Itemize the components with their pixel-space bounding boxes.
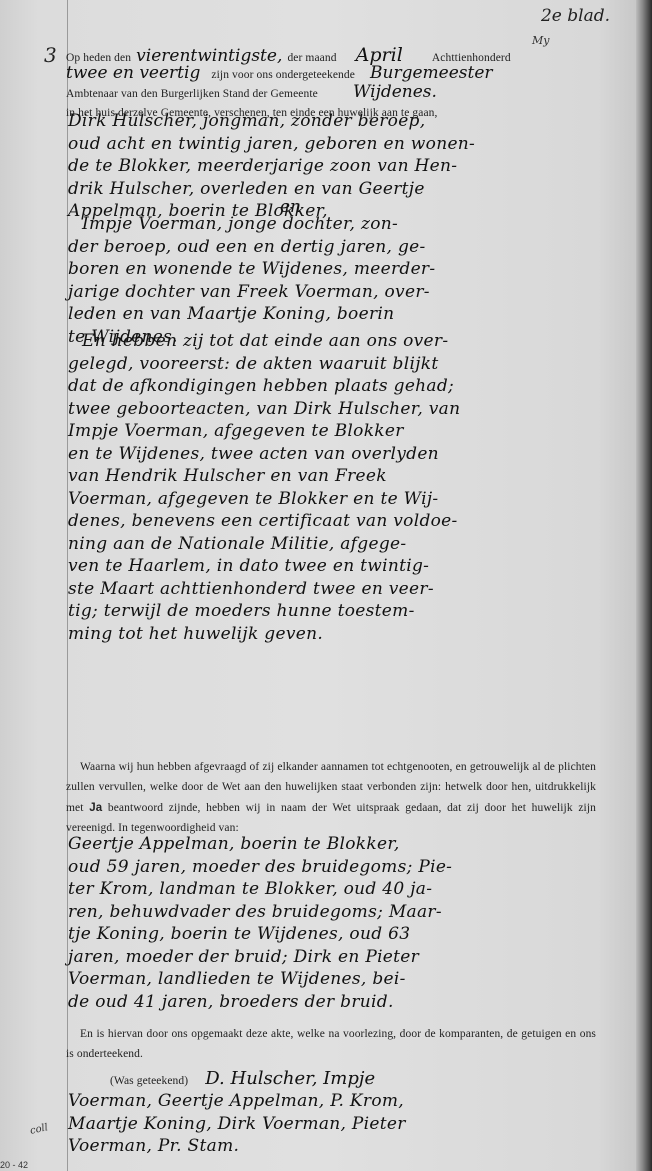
printed-text: En is hiervan door ons opgemaakt deze ak… xyxy=(66,1024,596,1065)
handwritten-line: Impje Voerman, afgegeven te Blokker xyxy=(68,420,628,443)
handwritten-line: Impje Voerman, jonge dochter, zon- xyxy=(68,213,628,236)
declaration-paragraph: Waarna wij hun hebben afgevraagd of zij … xyxy=(66,757,596,838)
handwritten-line: de te Blokker, meerderjarige zoon van He… xyxy=(68,155,628,178)
handwritten-line: leden en van Maartje Koning, boerin xyxy=(68,303,628,326)
handwritten-line: jarige dochter van Freek Voerman, over- xyxy=(68,281,628,304)
handwritten-line: denes, benevens een certificaat van vold… xyxy=(68,510,628,533)
handwritten-line: Voerman, landlieden te Wijdenes, bei- xyxy=(68,968,628,991)
handwritten-line: boren en wonende te Wijdenes, meerder- xyxy=(68,258,628,281)
handwritten-line: ming tot het huwelijk geven. xyxy=(68,623,628,646)
printed-text: beantwoord zijnde, hebben wij in naam de… xyxy=(66,802,596,834)
handwritten-line: Geertje Appelman, boerin te Blokker, xyxy=(68,833,628,856)
handwritten-line: ren, behuwdvader des bruidegoms; Maar- xyxy=(68,901,628,924)
handwritten-line: Voerman, afgegeven te Blokker en te Wij- xyxy=(68,488,628,511)
handwritten-line: ning aan de Nationale Militie, afgege- xyxy=(68,533,628,556)
printed-text: zijn voor ons ondergeteekende xyxy=(211,69,355,81)
sheet-mark: 2e blad. xyxy=(541,6,610,26)
groom-paragraph: Dirk Hulscher, jongman, zonder beroep, o… xyxy=(68,110,628,223)
handwritten-line: van Hendrik Hulscher en van Freek xyxy=(68,465,628,488)
signature: Voerman, Pr. Stam. xyxy=(68,1135,628,1158)
handwritten-line: twee geboorteacten, van Dirk Hulscher, v… xyxy=(68,398,628,421)
handwritten-line: der beroep, oud een en dertig jaren, ge- xyxy=(68,236,628,259)
handwritten-line: tig; terwijl de moeders hunne toestem- xyxy=(68,600,628,623)
handwritten-official: Burgemeester xyxy=(370,63,493,83)
was-geteekend-label: (Was geteekend) xyxy=(110,1075,188,1087)
record-number: 3 xyxy=(44,43,57,67)
footer-number: 20 - 42 xyxy=(0,1160,28,1170)
witnesses-paragraph: Geertje Appelman, boerin te Blokker, oud… xyxy=(68,833,628,1013)
printed-text: Ambtenaar van den Burgerlijken Stand der… xyxy=(66,88,318,100)
handwritten-line: en te Wijdenes, twee acten van overlyden xyxy=(68,443,628,466)
handwritten-line: ste Maart achttienhonderd twee en veer- xyxy=(68,578,628,601)
signature: Maartje Koning, Dirk Voerman, Pieter xyxy=(68,1113,628,1136)
handwritten-line: ven te Haarlem, in dato twee en twintig- xyxy=(68,555,628,578)
bride-paragraph: Impje Voerman, jonge dochter, zon- der b… xyxy=(68,213,628,348)
handwritten-line: drik Hulscher, overleden en van Geertje xyxy=(68,178,628,201)
handwritten-line: de oud 41 jaren, broeders der bruid. xyxy=(68,991,628,1014)
handwritten-line: jaren, moeder der bruid; Dirk en Pieter xyxy=(68,946,628,969)
handwritten-line: dat de afkondigingen hebben plaats gehad… xyxy=(68,375,628,398)
handwritten-line: En hebben zij tot dat einde aan ons over… xyxy=(68,330,628,353)
handwritten-year: twee en veertig xyxy=(66,63,200,83)
page-edge-shadow xyxy=(636,0,652,1171)
handwritten-municipality: Wijdenes. xyxy=(353,82,437,102)
signature: Voerman, Geertje Appelman, P. Krom, xyxy=(68,1090,628,1113)
margin-note: coll xyxy=(29,1122,49,1137)
handwritten-line: oud acht en twintig jaren, geboren en wo… xyxy=(68,133,628,156)
header-line-3: Ambtenaar van den Burgerlijken Stand der… xyxy=(66,82,626,102)
handwritten-line: Dirk Hulscher, jongman, zonder beroep, xyxy=(68,110,628,133)
document-page: 2e blad. My 3 Op heden den vierentwintig… xyxy=(0,0,636,1171)
handwritten-line: gelegd, vooreerst: de akten waaruit blij… xyxy=(68,353,628,376)
handwritten-line: oud 59 jaren, moeder des bruidegoms; Pie… xyxy=(68,856,628,879)
signatures-block: Voerman, Geertje Appelman, P. Krom, Maar… xyxy=(68,1090,628,1158)
signature-line-1: (Was geteekend) D. Hulscher, Impje xyxy=(110,1068,652,1089)
header-line-2: twee en veertig zijn voor ons ondergetee… xyxy=(66,63,626,83)
ja-answer: Ja xyxy=(89,802,102,814)
signature: D. Hulscher, Impje xyxy=(205,1068,375,1089)
handwritten-line: tje Koning, boerin te Wijdenes, oud 63 xyxy=(68,923,628,946)
closing-paragraph: En is hiervan door ons opgemaakt deze ak… xyxy=(66,1024,596,1065)
handwritten-line: ter Krom, landman te Blokker, oud 40 ja- xyxy=(68,878,628,901)
documents-paragraph: En hebben zij tot dat einde aan ons over… xyxy=(68,330,628,645)
